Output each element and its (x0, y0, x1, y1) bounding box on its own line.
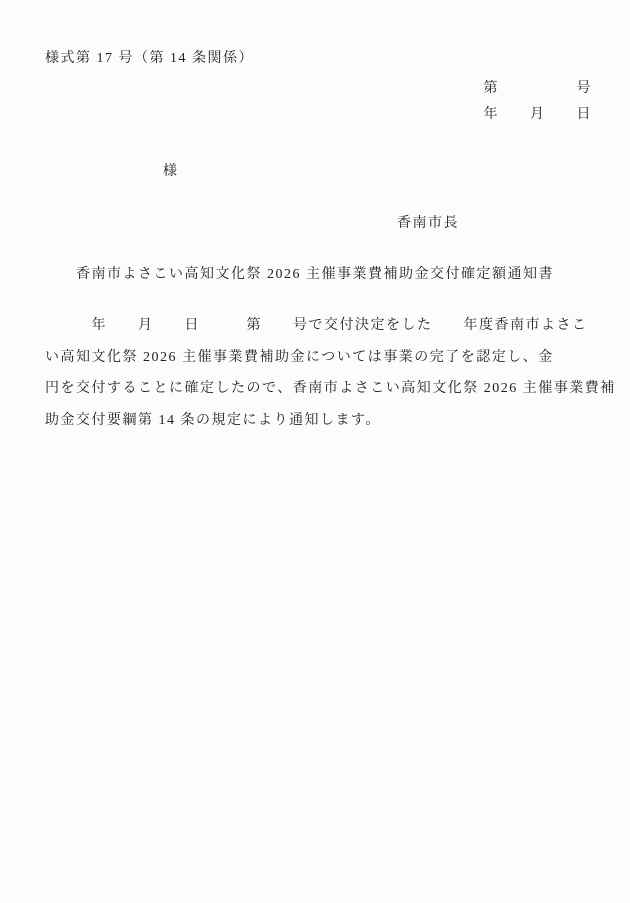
document-title: 香南市よさこい高知文化祭 2026 主催事業費補助金交付確定額通知書 (0, 267, 630, 282)
sender-mayor-line: 香南市長 (397, 216, 459, 231)
date-line: 年 月 日 (484, 107, 593, 122)
body-line: 円を交付することに確定したので、香南市よさこい高知文化祭 2026 主催事業費補 (45, 381, 616, 396)
document-number-line: 第 号 (484, 81, 593, 96)
body-line: い高知文化祭 2026 主催事業費補助金については事業の完了を認定し、金 (45, 350, 554, 365)
addressee-honorific: 様 (163, 164, 179, 179)
form-number: 様式第 17 号（第 14 条関係） (45, 51, 254, 66)
body-line: 年 月 日 第 号で交付決定をした 年度香南市よさこ (45, 318, 588, 333)
document-page: 様式第 17 号（第 14 条関係） 第 号 年 月 日 様 香南市長 香南市よ… (0, 0, 630, 903)
body-line: 助金交付要綱第 14 条の規定により通知します。 (45, 413, 381, 428)
